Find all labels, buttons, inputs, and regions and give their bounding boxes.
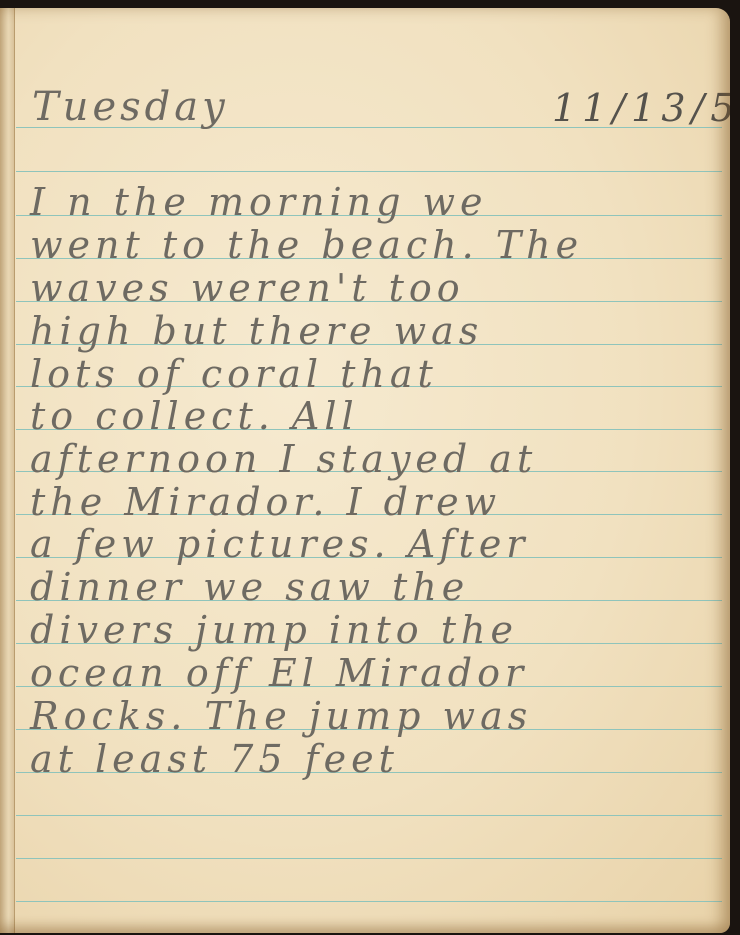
text-line: I n the morning we [30, 180, 488, 224]
text-line: Rocks. The jump was [30, 694, 532, 738]
text-line: afternoon I stayed at [30, 437, 537, 481]
text-line: went to the beach. The [30, 223, 583, 267]
page-binding-edge [0, 8, 15, 933]
ruled-line [16, 858, 722, 859]
entry-day: Tuesday [32, 84, 229, 130]
ruled-line [16, 815, 722, 816]
text-line: dinner we saw the [30, 565, 469, 609]
text-line: to collect. All [30, 394, 359, 438]
ruled-line [16, 171, 722, 172]
text-line: divers jump into the [30, 608, 518, 652]
notebook-page: Tuesday 11/13/51 I n the morning we went… [0, 8, 730, 933]
text-line: high but there was [30, 309, 483, 353]
text-line: waves weren't too [30, 266, 465, 310]
text-line: lots of coral that [30, 352, 438, 396]
text-line: at least 75 feet [30, 737, 399, 781]
text-line: ocean off El Mirador [30, 651, 528, 695]
ruled-line [16, 901, 722, 902]
entry-date: 11/13/51 [552, 86, 730, 130]
text-line: the Mirador. I drew [30, 480, 501, 524]
text-line: a few pictures. After [30, 522, 529, 566]
